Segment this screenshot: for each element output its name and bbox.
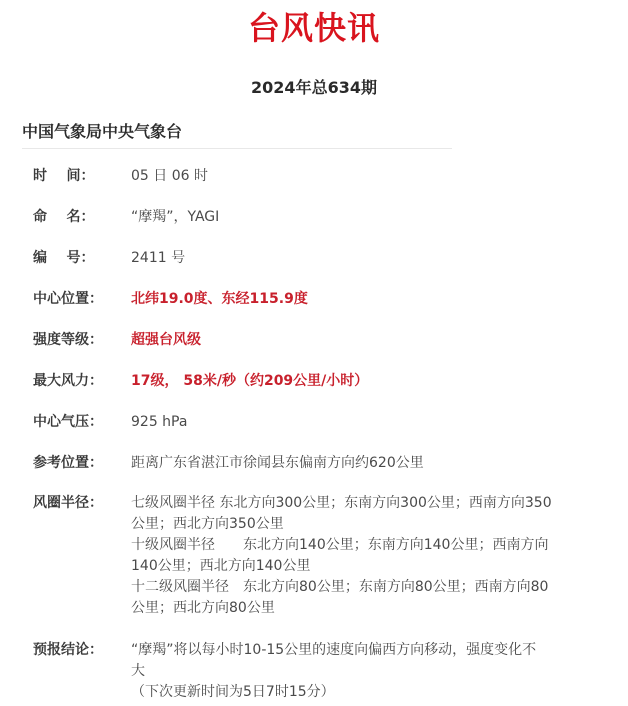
wind-radius-line: 十二级风圈半径 东北方向80公里；东南方向80公里；西南方向80 <box>131 577 613 598</box>
wind-radius-line: 十级风圈半径 东北方向140公里；东南方向140公里；西南方向 <box>131 535 613 556</box>
field-value: 925 hPa <box>131 412 613 433</box>
field-value: “摩羯”，YAGI <box>131 207 613 228</box>
wind-radius-line: 140公里；西北方向140公里 <box>131 556 613 577</box>
forecast-line: 大 <box>131 661 613 682</box>
field-time: 时 间： 05 日 06 时 <box>33 166 613 187</box>
field-value: 超强台风级 <box>131 330 613 351</box>
field-label: 参考位置： <box>33 453 131 474</box>
field-label: 中心气压： <box>33 412 131 433</box>
field-value: 距离广东省湛江市徐闻县东偏南方向约620公里 <box>131 453 613 474</box>
field-label: 命 名： <box>33 207 131 228</box>
field-number: 编 号： 2411 号 <box>33 248 613 269</box>
wind-radius-line: 公里；西北方向350公里 <box>131 514 613 535</box>
field-center-position: 中心位置： 北纬19.0度、东经115.9度 <box>33 289 613 310</box>
field-value: “摩羯”将以每小时10-15公里的速度向偏西方向移动，强度变化不 大 （下次更新… <box>131 640 613 703</box>
wind-radius-line: 七级风圈半径 东北方向300公里；东南方向300公里；西南方向350 <box>131 493 613 514</box>
field-value: 2411 号 <box>131 248 613 269</box>
page-title: 台风快讯 <box>0 8 628 48</box>
divider <box>22 148 452 149</box>
field-value: 17级， 58米/秒（约209公里/小时） <box>131 371 613 392</box>
field-value: 05 日 06 时 <box>131 166 613 187</box>
forecast-line: （下次更新时间为5日7时15分） <box>131 682 613 703</box>
field-value: 北纬19.0度、东经115.9度 <box>131 289 613 310</box>
organization-name: 中国气象局中央气象台 <box>22 120 182 144</box>
wind-radius-line: 公里；西北方向80公里 <box>131 598 613 619</box>
field-label: 时 间： <box>33 166 131 187</box>
field-label: 强度等级： <box>33 330 131 351</box>
field-label: 风圈半径： <box>33 493 131 619</box>
issue-number: 2024年总634期 <box>0 76 628 100</box>
field-wind-radius: 风圈半径： 七级风圈半径 东北方向300公里；东南方向300公里；西南方向350… <box>33 493 613 619</box>
field-max-wind: 最大风力： 17级， 58米/秒（约209公里/小时） <box>33 371 613 392</box>
field-label: 编 号： <box>33 248 131 269</box>
field-center-pressure: 中心气压： 925 hPa <box>33 412 613 433</box>
field-label: 预报结论： <box>33 640 131 703</box>
field-reference-position: 参考位置： 距离广东省湛江市徐闻县东偏南方向约620公里 <box>33 453 613 474</box>
field-value: 七级风圈半径 东北方向300公里；东南方向300公里；西南方向350 公里；西北… <box>131 493 613 619</box>
field-forecast: 预报结论： “摩羯”将以每小时10-15公里的速度向偏西方向移动，强度变化不 大… <box>33 640 613 703</box>
field-label: 最大风力： <box>33 371 131 392</box>
field-intensity: 强度等级： 超强台风级 <box>33 330 613 351</box>
field-label: 中心位置： <box>33 289 131 310</box>
field-name: 命 名： “摩羯”，YAGI <box>33 207 613 228</box>
forecast-line: “摩羯”将以每小时10-15公里的速度向偏西方向移动，强度变化不 <box>131 640 613 661</box>
